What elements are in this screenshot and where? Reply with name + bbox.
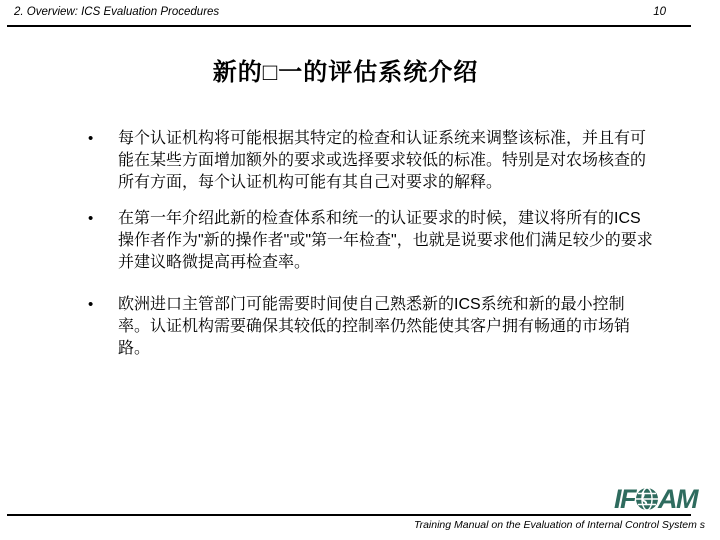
slide-title: 新的□一的评估系统介绍 [0,52,691,87]
ifoam-logo-text-left: IF [614,486,635,512]
bullet-text: 欧洲进口主管部门可能需要时间使自己熟悉新的ICS系统和新的最小控制率。认证机构需… [118,296,630,357]
bullet-item: • 欧洲进口主管部门可能需要时间使自己熟悉新的ICS系统和新的最小控制率。认证机… [88,294,654,360]
bullet-text: 在第一年介绍此新的检查体系和统一的认证要求的时候，建议将所有的ICS操作者作为"… [118,210,653,271]
footer-divider [7,514,691,516]
bullet-list: • 每个认证机构将可能根据其特定的检查和认证系统来调整该标准，并且有可能在某些方… [88,128,654,360]
bullet-item: • 在第一年介绍此新的检查体系和统一的认证要求的时候，建议将所有的ICS操作者作… [88,208,654,274]
header-divider [7,25,691,27]
bullet-dot-icon: • [88,128,93,150]
footer-manual-title: Training Manual on the Evaluation of Int… [414,519,705,531]
header-section-title: 2. Overview: ICS Evaluation Procedures [14,6,219,18]
page-number: 10 [653,6,666,18]
bullet-dot-icon: • [88,208,93,230]
bullet-text: 每个认证机构将可能根据其特定的检查和认证系统来调整该标准，并且有可能在某些方面增… [118,130,646,191]
ifoam-logo: IF AM [614,486,697,512]
bullet-dot-icon: • [88,294,93,316]
presentation-slide: 2. Overview: ICS Evaluation Procedures 1… [0,0,720,540]
globe-icon [635,487,659,511]
bullet-item: • 每个认证机构将可能根据其特定的检查和认证系统来调整该标准，并且有可能在某些方… [88,128,654,194]
ifoam-logo-text-right: AM [658,486,697,512]
